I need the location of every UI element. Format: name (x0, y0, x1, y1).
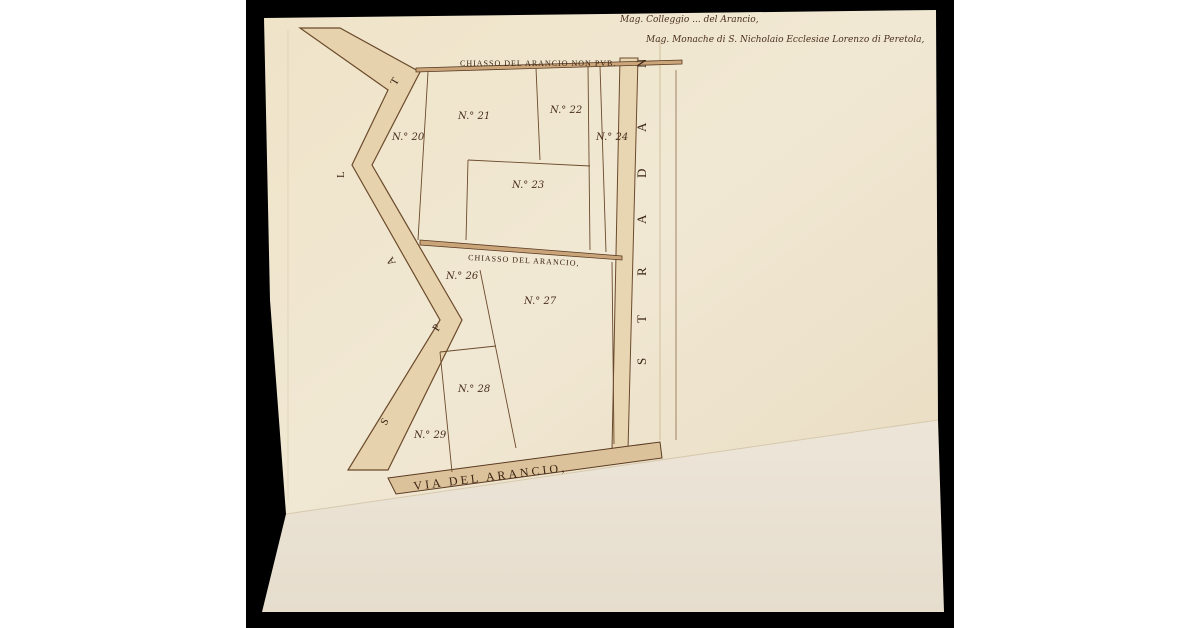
svg-text:N: N (634, 58, 649, 68)
header-note-line1: Mag. Colleggio ... del Arancio, (619, 15, 759, 25)
parcel-label: N.° 27 (523, 296, 557, 307)
svg-text:A: A (634, 122, 649, 132)
header-note-line2: Mag. Monache di S. Nicholaio Ecclesiae L… (645, 35, 924, 45)
parcel-label: N.° 29 (413, 430, 447, 441)
parcel-label: N.° 23 (511, 180, 544, 191)
parcel-label: N.° 24 (595, 132, 628, 143)
parcel-label: N.° 26 (445, 271, 479, 282)
svg-text:T: T (634, 315, 649, 323)
parcel-label: N.° 21 (457, 111, 490, 122)
parcel-label: N.° 20 (391, 132, 425, 143)
svg-text:S: S (634, 358, 649, 365)
svg-text:R: R (634, 267, 649, 276)
parcel-label: N.° 28 (457, 384, 490, 395)
svg-text:A: A (634, 214, 649, 224)
svg-text:L: L (335, 171, 347, 178)
street-label-chiasso-top: CHIASSO DEL ARANCIO NON PVB. (460, 59, 616, 68)
parcel-label: N.° 22 (549, 105, 582, 116)
manuscript-map: Mag. Colleggio ... del Arancio, Mag. Mon… (0, 0, 1200, 628)
svg-text:D: D (634, 169, 649, 178)
